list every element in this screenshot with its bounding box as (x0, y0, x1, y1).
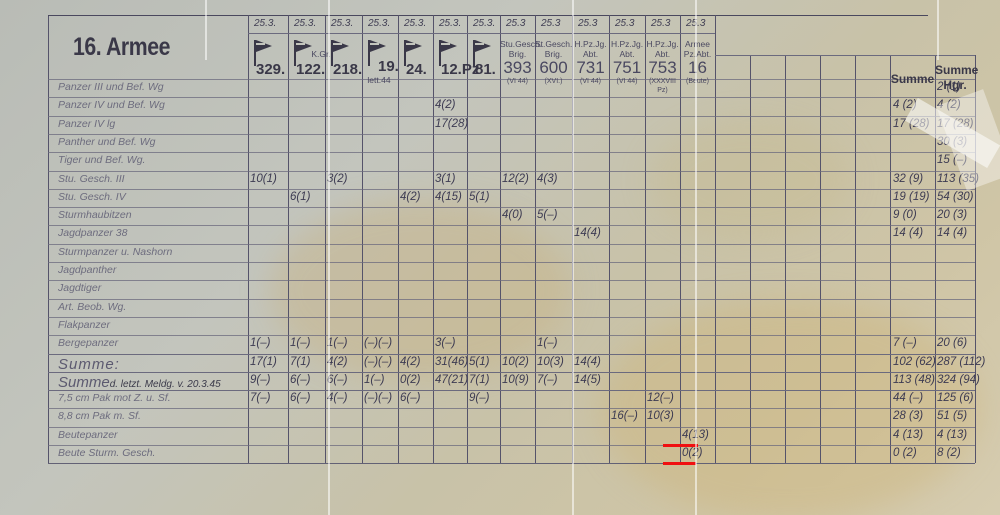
highlight-mark (663, 444, 698, 447)
frame-top (48, 15, 928, 16)
table-cell: 5(1) (469, 191, 489, 203)
summe-hgr-cell: 20 (6) (937, 337, 967, 349)
row-label: Panzer IV lg (58, 118, 115, 130)
table-cell: 1(–) (327, 337, 347, 349)
column-date: 25.3 (578, 18, 597, 29)
row-divider (48, 463, 975, 464)
fold-mark (328, 0, 330, 515)
table-cell: 3(1) (435, 173, 455, 185)
row-label-note: d. letzt. Meldg. v. 20.3.45 (110, 379, 221, 390)
column-unit-note: (VI 44) (572, 77, 609, 86)
header-line (715, 55, 975, 56)
column-unit-number: 753 (645, 58, 680, 78)
row-label: Panzer III und Bef. Wg (58, 81, 164, 93)
row-divider (48, 335, 975, 336)
summe-hgr-cell: 8 (2) (937, 447, 961, 459)
column-date: 25.3 (541, 18, 560, 29)
column-date: 25.3 (506, 18, 525, 29)
summe-cell: 113 (48) (893, 374, 935, 386)
column-unit-number: 751 (609, 58, 645, 78)
column-divider (433, 15, 434, 463)
row-label: Summe: (58, 356, 120, 373)
column-unit-number: 16 (680, 58, 715, 78)
table-cell: 17(1) (250, 356, 277, 368)
fold-mark (937, 0, 939, 60)
table-cell: 14(4) (574, 356, 601, 368)
column-date: 25.3. (473, 18, 495, 29)
column-unit-number: 19. (378, 58, 399, 75)
fold-mark (572, 0, 574, 515)
highlight-mark (663, 462, 696, 465)
table-cell: 4(2) (327, 356, 347, 368)
table-cell: 6(–) (290, 374, 310, 386)
table-cell: 4(15) (435, 191, 462, 203)
row-label: Bergepanzer (58, 337, 118, 349)
table-cell: 7(1) (469, 374, 489, 386)
summe-hgr-cell: 14 (4) (937, 227, 967, 239)
column-unit-line1: Stu.Gesch. (500, 40, 535, 49)
summe-cell: 19 (19) (893, 191, 929, 203)
column-divider (398, 15, 399, 463)
summe-cell: 4 (13) (893, 429, 923, 441)
table-cell: 9(–) (250, 374, 270, 386)
column-unit-line1: Armee (680, 40, 715, 49)
column-divider (467, 15, 468, 463)
table-cell: 4(2) (435, 99, 455, 111)
table-cell: 1(–) (364, 374, 384, 386)
table-cell: 4(0) (502, 209, 522, 221)
row-divider (48, 299, 975, 300)
column-date: 25.3. (331, 18, 353, 29)
summe-cell: 28 (3) (893, 410, 923, 422)
summe-cell: 102 (62) (893, 356, 936, 368)
column-unit-note: (VI 44) (609, 77, 645, 86)
row-divider (48, 354, 975, 355)
table-cell: 47(21) (435, 374, 468, 386)
table-cell: 4(3) (537, 173, 557, 185)
column-unit-number: 393 (500, 58, 535, 78)
flag-icon (368, 40, 370, 66)
summe-cell: 14 (4) (893, 227, 923, 239)
row-divider (48, 244, 975, 245)
row-divider (48, 207, 975, 208)
row-divider (48, 445, 975, 446)
summe-cell: 32 (9) (893, 173, 923, 185)
column-divider (325, 15, 326, 463)
summe-cell: 7 (–) (893, 337, 917, 349)
summe-hgr-header: Summe (935, 63, 975, 77)
table-cell: 14(5) (574, 374, 601, 386)
column-unit-line1: St.Gesch. (535, 40, 572, 49)
column-unit-number: 81. (475, 61, 496, 78)
column-divider (715, 15, 716, 463)
row-label: Panzer IV und Bef. Wg (58, 99, 165, 111)
frame-left (48, 15, 49, 463)
table-cell: (–)(–) (364, 337, 392, 349)
summe-hgr-cell: 54 (30) (937, 191, 973, 203)
row-label: Beute Sturm. Gesch. (58, 447, 155, 459)
column-unit-note: lett.44 (364, 76, 394, 85)
summe-cell: 0 (2) (893, 447, 917, 459)
table-cell: 7(–) (250, 392, 270, 404)
column-date: 25.3. (294, 18, 316, 29)
column-unit-note: (XXXVIII Pz) (645, 77, 680, 95)
row-divider (48, 317, 975, 318)
column-unit-note: (XVI.) (535, 77, 572, 86)
column-date: 25.3 (615, 18, 634, 29)
table-cell: 16(–) (611, 410, 638, 422)
column-date: 25.3. (439, 18, 461, 29)
table-cell: 6(–) (290, 392, 310, 404)
table-cell: 1(–) (537, 337, 557, 349)
summe-hgr-cell: 2 (1) (937, 81, 961, 93)
column-unit-line1: H.Pz.Jg. (572, 40, 609, 49)
column-unit-number: 122. (296, 61, 325, 78)
table-cell: 10(3) (537, 356, 564, 368)
table-cell: (–)(–) (364, 356, 392, 368)
row-label: Summed. letzt. Meldg. v. 20.3.45 (58, 374, 221, 391)
row-label: Jagdtiger (58, 282, 101, 294)
row-label: Tiger und Bef. Wg. (58, 154, 145, 166)
row-label: Art. Beob. Wg. (58, 301, 126, 313)
header-date-line (248, 33, 715, 34)
table-cell: 3(2) (327, 173, 347, 185)
row-label: 8,8 cm Pak m. Sf. (58, 410, 141, 422)
summe-cell: 44 (–) (893, 392, 923, 404)
row-divider (48, 134, 975, 135)
column-date: 25.3. (404, 18, 426, 29)
table-cell: 7(–) (537, 374, 557, 386)
column-date: 25.3 (651, 18, 670, 29)
row-label: Sturmpanzer u. Nashorn (58, 246, 172, 258)
table-cell: 14(4) (574, 227, 601, 239)
table-cell: 17(28) (435, 118, 468, 130)
row-divider (48, 280, 975, 281)
row-divider (48, 427, 975, 428)
table-cell: 3(–) (435, 337, 455, 349)
column-divider (362, 15, 363, 463)
row-label: 7,5 cm Pak mot Z. u. Sf. (58, 392, 171, 404)
table-cell: 10(9) (502, 374, 529, 386)
summe-header: Summe (890, 72, 935, 86)
row-label: Sturmhaubitzen (58, 209, 132, 221)
column-unit-note: (Beute) (680, 77, 715, 86)
column-unit-number: 24. (406, 61, 427, 78)
table-cell: 12(2) (502, 173, 529, 185)
table-cell: 7(1) (290, 356, 310, 368)
column-unit-line1: H.Pz.Jg. (609, 40, 645, 49)
row-label: Beutepanzer (58, 429, 118, 441)
row-divider (48, 372, 975, 373)
row-label: Panther und Bef. Wg (58, 136, 155, 148)
column-date: 25.3. (368, 18, 390, 29)
table-cell: 4(2) (400, 356, 420, 368)
row-label: Jagdpanther (58, 264, 116, 276)
table-cell: 9(–) (469, 392, 489, 404)
table-cell: 6(1) (290, 191, 310, 203)
summe-hgr-cell: 287 (112) (937, 356, 985, 368)
table-cell: (–)(–) (364, 392, 392, 404)
column-unit-number: 600 (535, 58, 572, 78)
row-divider (48, 408, 975, 409)
row-label: Stu. Gesch. III (58, 173, 125, 185)
column-divider (248, 15, 249, 463)
row-divider (48, 225, 975, 226)
table-cell: 31(46) (435, 356, 468, 368)
table-cell: 4(2) (400, 191, 420, 203)
fold-mark (695, 0, 697, 515)
summe-hgr-cell: 125 (6) (937, 392, 973, 404)
table-cell: 5(1) (469, 356, 489, 368)
row-divider (48, 116, 975, 117)
table-cell: 1(–) (290, 337, 310, 349)
fold-mark (205, 0, 207, 60)
page-title: 16. Armee (73, 33, 170, 62)
table-cell: 12(–) (647, 392, 674, 404)
table-cell: 6(–) (400, 392, 420, 404)
table-cell: 1(–) (250, 337, 270, 349)
table-cell: 10(1) (250, 173, 277, 185)
table-cell: 10(3) (647, 410, 674, 422)
row-divider (48, 171, 975, 172)
column-unit-number: 218. (333, 61, 362, 78)
table-cell: 6(–) (327, 374, 347, 386)
column-date: 25.3. (254, 18, 276, 29)
column-unit-number: 731 (572, 58, 609, 78)
column-divider (288, 15, 289, 463)
summe-cell: 9 (0) (893, 209, 917, 221)
row-divider (48, 262, 975, 263)
row-divider (48, 152, 975, 153)
summe-hgr-cell: 324 (94) (937, 374, 980, 386)
row-label: Stu. Gesch. IV (58, 191, 126, 203)
table-cell: 0(2) (400, 374, 420, 386)
column-unit-number: 329. (256, 61, 285, 78)
table-cell: 4(–) (327, 392, 347, 404)
column-unit-line1: H.Pz.Jg. (645, 40, 680, 49)
row-label: Flakpanzer (58, 319, 110, 331)
table-cell: 5(–) (537, 209, 557, 221)
summe-hgr-cell: 4 (13) (937, 429, 967, 441)
summe-hgr-cell: 20 (3) (937, 209, 967, 221)
column-unit-note: (VI 44) (500, 77, 535, 86)
row-divider (48, 97, 975, 98)
row-label: Jagdpanzer 38 (58, 227, 127, 239)
table-cell: 0(2) (682, 447, 702, 459)
summe-hgr-cell: 51 (5) (937, 410, 967, 422)
row-divider (48, 189, 975, 190)
table-cell: 10(2) (502, 356, 529, 368)
